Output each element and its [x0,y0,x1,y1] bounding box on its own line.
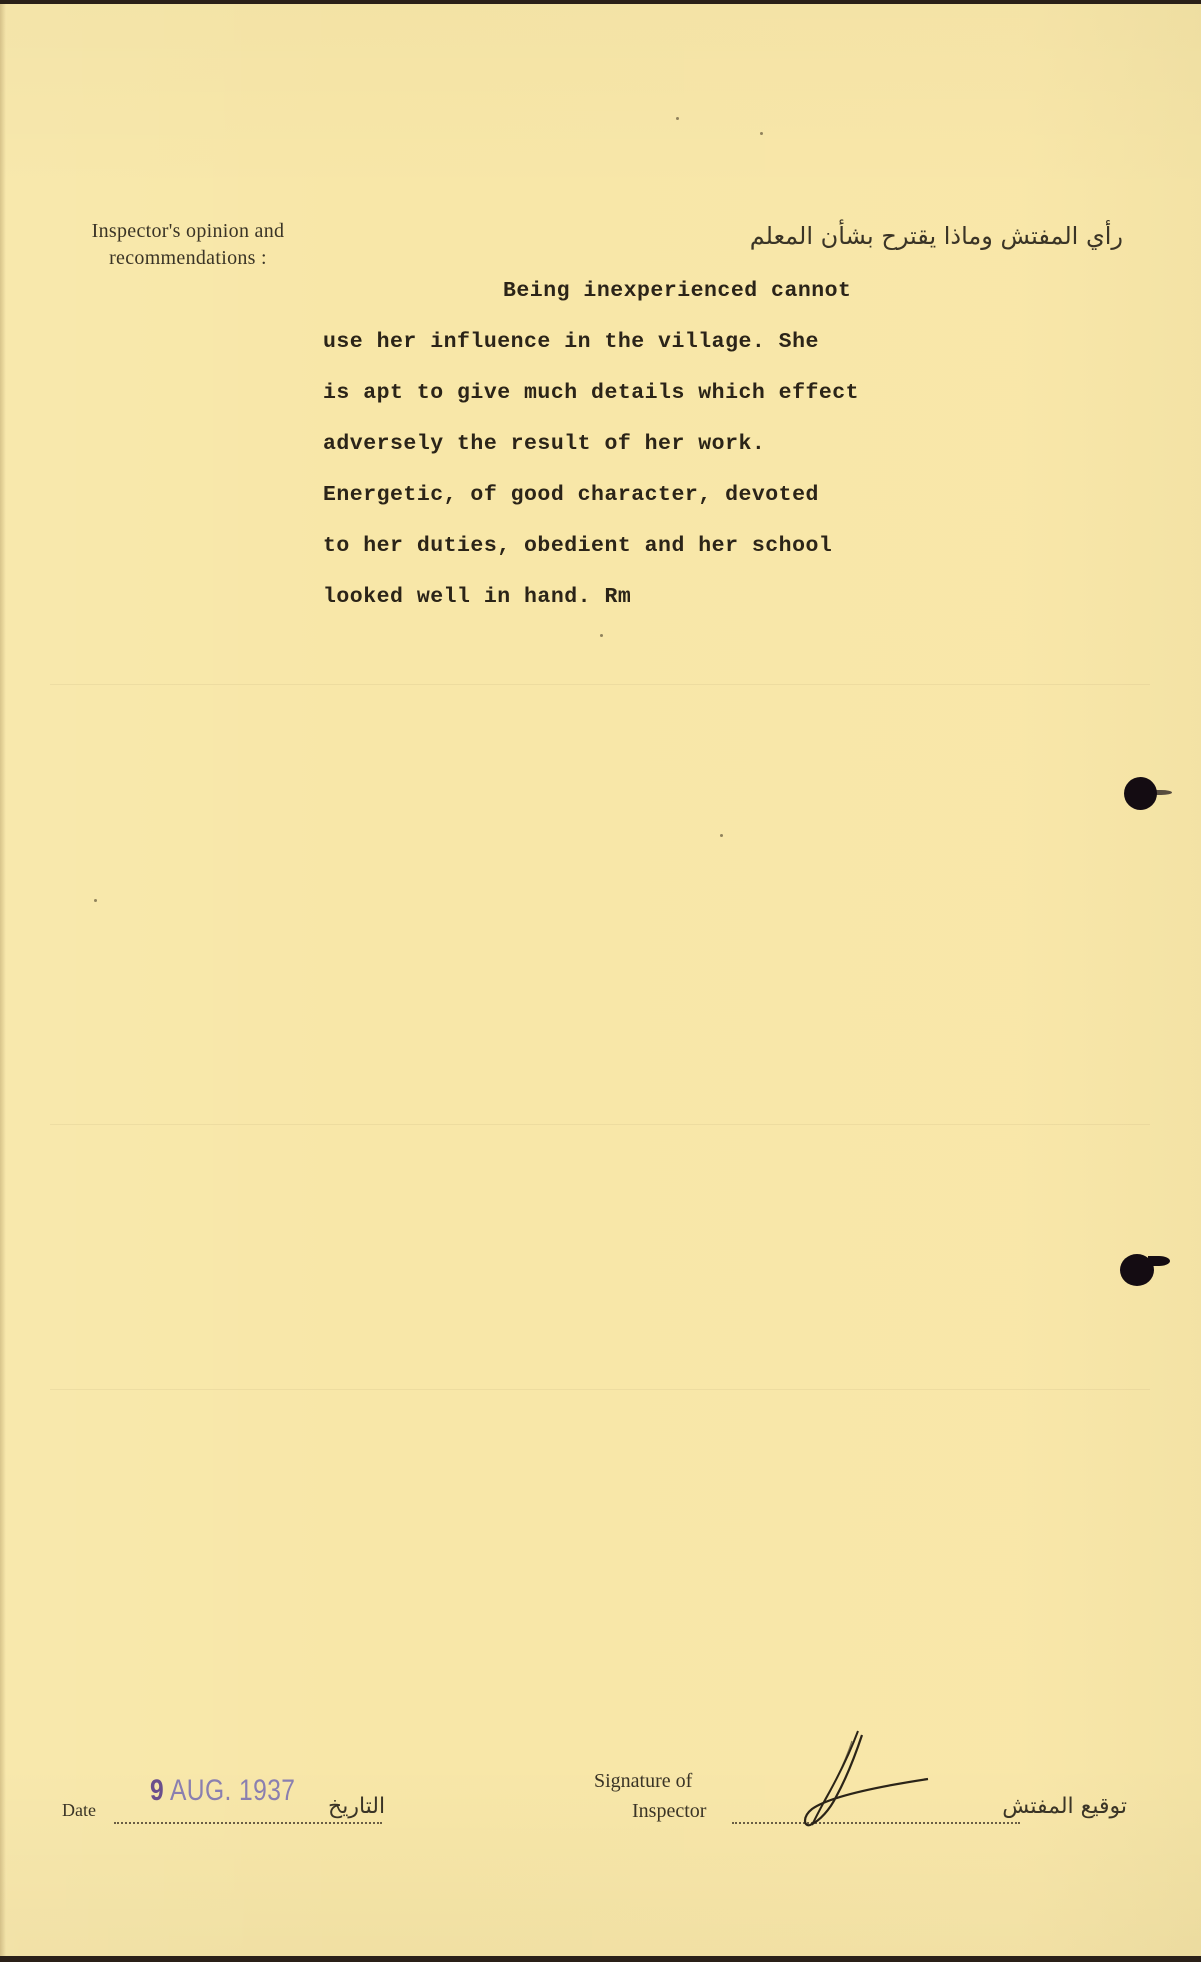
date-field: Date 9 AUG. 1937 التاريخ [62,1774,402,1834]
signature-label-ar: توقيع المفتش [1002,1794,1127,1819]
paper-speck [600,634,603,637]
paper-speck [676,117,679,120]
show-through-rule [50,684,1150,685]
document-page: ​ Inspector's opinion and recommendation… [0,4,1201,1956]
report-line: adversely the result of her work. [323,419,859,470]
paper-speck [760,132,763,135]
scan-edge-bottom [0,1956,1201,1962]
show-through-rule [50,1389,1150,1390]
report-line: Energetic, of good character, devoted [323,470,859,521]
signature-label-line1: Signature of [594,1770,692,1793]
report-body: Being inexperienced cannot use her influ… [323,266,859,623]
scan-edge-top [0,0,1201,4]
date-stamp-day: 9 [150,1774,164,1807]
signature-label-line2: Inspector [632,1800,706,1823]
opinion-label-en: Inspector's opinion and recommendations … [58,218,318,272]
opinion-label-ar: رأي المفتش وماذا يقترح بشأن المعلم [750,222,1123,250]
paper-speck [94,899,97,902]
opinion-label-line1: Inspector's opinion and [58,218,318,245]
show-through-rule [50,1124,1150,1125]
paper-speck [720,834,723,837]
report-line: looked well in hand. Rm [323,572,859,623]
date-stamp: 9 AUG. 1937 [150,1774,295,1808]
report-line: to her duties, obedient and her school [323,521,859,572]
report-line: is apt to give much details which effect [323,368,859,419]
ink-blot-tail [1148,1256,1170,1266]
ink-blot-tail [1150,790,1172,795]
date-label-en: Date [62,1800,96,1821]
opinion-label-line2: recommendations : [58,245,318,272]
signature-field: Signature of Inspector توقيع المفتش [592,1764,1137,1834]
report-line: Being inexperienced cannot [323,266,859,317]
date-label-ar: التاريخ [328,1794,385,1819]
handwritten-signature [790,1729,930,1829]
date-stamp-month-year: AUG. 1937 [170,1774,295,1807]
report-line: use her influence in the village. She [323,317,859,368]
